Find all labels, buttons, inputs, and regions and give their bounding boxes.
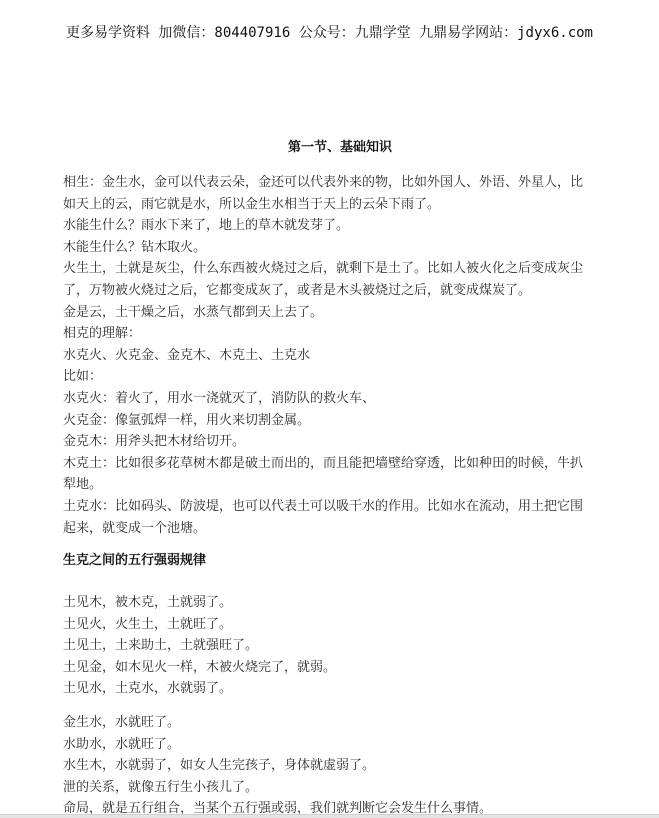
text-line: 水能生什么？雨水下来了，地上的草木就发芽了。 <box>63 215 623 237</box>
text-line: 起来，就变成一个池塘。 <box>63 518 623 540</box>
text-line: 相克的理解： <box>63 323 623 345</box>
text-line: 金是云，土干燥之后，水蒸气都到天上去了。 <box>63 302 623 324</box>
text-line: 土见金，如木见火一样，木被火烧完了，就弱。 <box>63 657 623 679</box>
text-line: 火生土，土就是灰尘，什么东西被火烧过之后，就剩下是土了。比如人被火化之后变成灰尘 <box>63 258 623 280</box>
text-line: 犁地。 <box>63 474 623 496</box>
text-line: 相生：金生水，金可以代表云朵，金还可以代表外来的物，比如外国人、外语、外星人，比 <box>63 172 623 194</box>
basics-paragraph: 相生：金生水，金可以代表云朵，金还可以代表外来的物，比如外国人、外语、外星人，比… <box>63 172 623 539</box>
text-line: 比如： <box>63 366 623 388</box>
text-line: 金克木：用斧头把木材给切开。 <box>63 431 623 453</box>
text-line: 水克火：着火了，用水一浇就灭了，消防队的救火车、 <box>63 388 623 410</box>
water-rules-paragraph: 金生水，水就旺了。 水助水，水就旺了。 水生木，水就弱了，如女人生完孩子，身体就… <box>63 712 623 818</box>
text-line: 木克土：比如很多花草树木都是破土而出的，而且能把墙壁给穿透，比如种田的时候，牛扒 <box>63 453 623 475</box>
text-line: 了，万物被火烧过之后，它都变成灰了，或者是木头被烧过之后，就变成煤炭了。 <box>63 280 623 302</box>
text-line: 水助水，水就旺了。 <box>63 734 623 756</box>
text-line: 木能生什么？钻木取火。 <box>63 237 623 259</box>
page-bottom-edge <box>0 814 659 818</box>
text-line: 土见火，火生土，土就旺了。 <box>63 614 623 636</box>
header-banner: 更多易学资料 加微信：804407916 公众号：九鼎学堂 九鼎易学网站：jdy… <box>0 22 659 42</box>
text-line: 土克水：比如码头、防波堤，也可以代表土可以吸干水的作用。比如水在流动，用土把它围 <box>63 496 623 518</box>
subsection-title: 生克之间的五行强弱规律 <box>63 549 206 568</box>
section-title-text: 第一节、基础知识 <box>288 140 392 155</box>
text-line: 金生水，水就旺了。 <box>63 712 623 734</box>
text-line: 水生木，水就弱了，如女人生完孩子，身体就虚弱了。 <box>63 755 623 777</box>
text-line: 火克金：像氩弧焊一样，用火来切割金属。 <box>63 410 623 432</box>
text-line: 如天上的云，雨它就是水，所以金生水相当于天上的云朵下雨了。 <box>63 194 623 216</box>
text-line: 土见木，被木克，土就弱了。 <box>63 592 623 614</box>
text-line: 水克火、火克金、金克木、木克土、土克水 <box>63 345 623 367</box>
text-line: 泄的关系，就像五行生小孩儿了。 <box>63 777 623 799</box>
text-line: 土见水，土克水，水就弱了。 <box>63 678 623 700</box>
text-line: 土见土，土来助土，土就强旺了。 <box>63 635 623 657</box>
section-title: 第一节、基础知识 <box>63 136 633 155</box>
earth-rules-paragraph: 土见木，被木克，土就弱了。 土见火，火生土，土就旺了。 土见土，土来助土，土就强… <box>63 592 623 700</box>
